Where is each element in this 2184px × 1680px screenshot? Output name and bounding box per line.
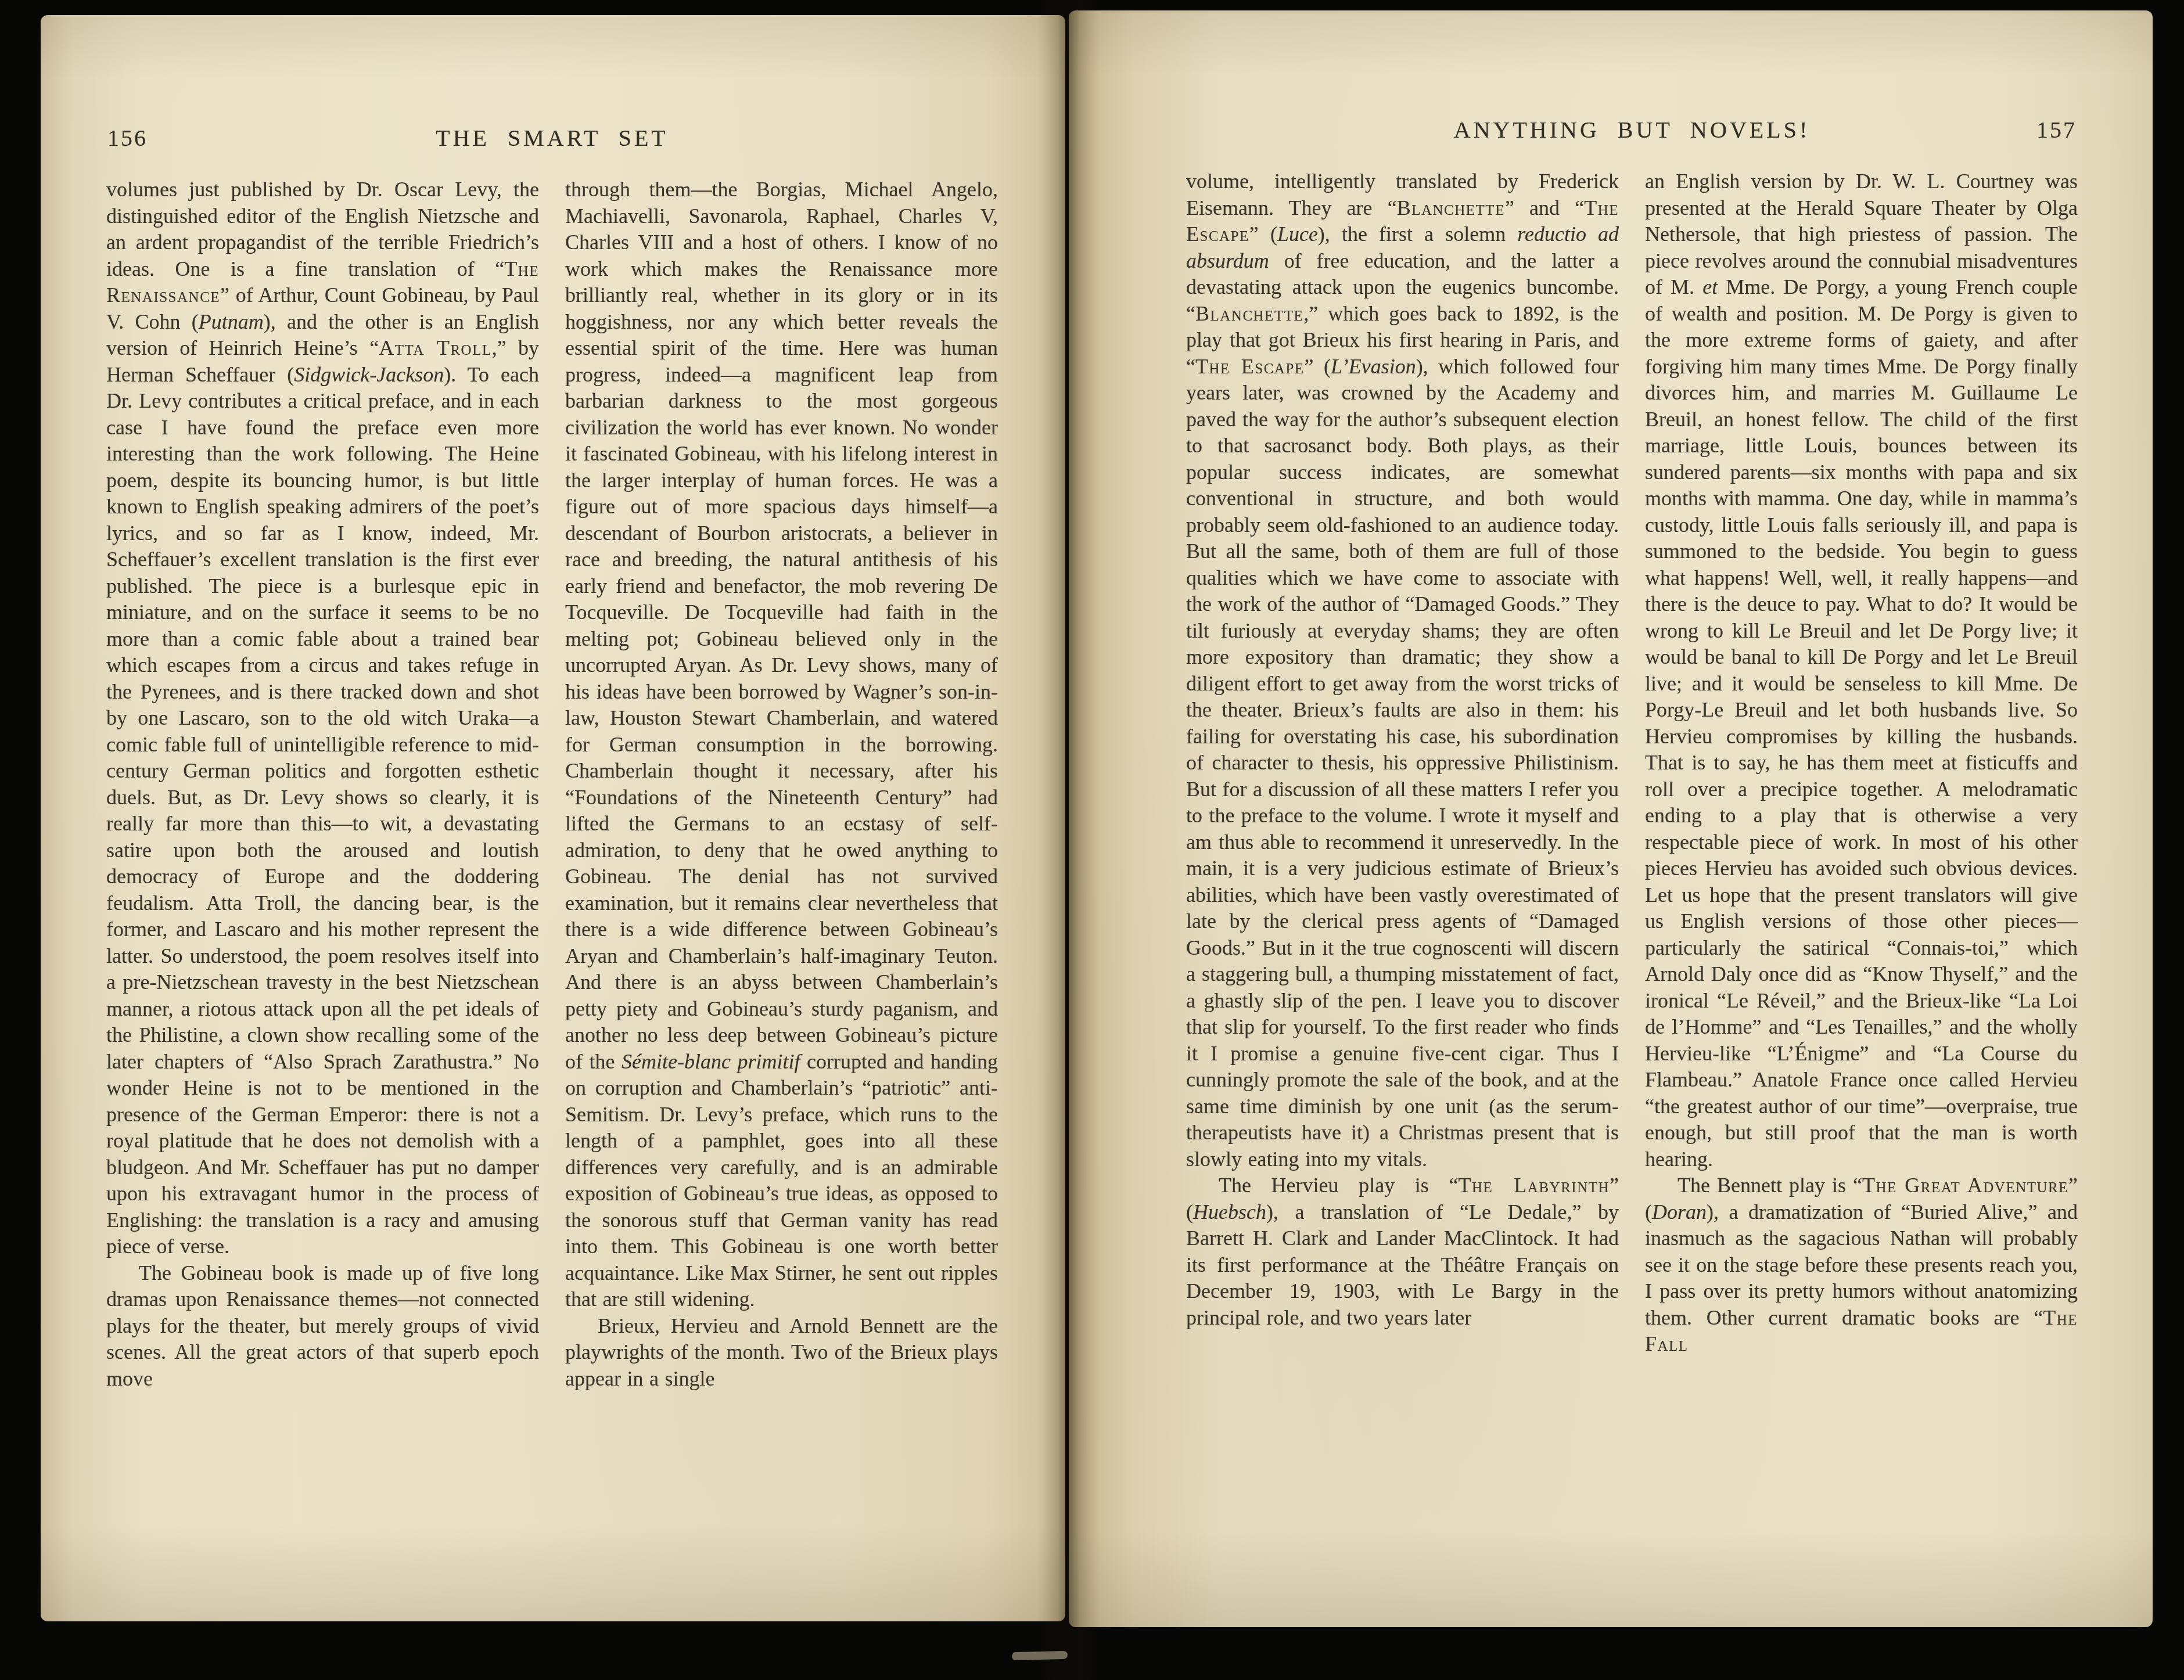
paragraph: volumes just published by Dr. Oscar Levy… xyxy=(106,177,539,1260)
page-number-right: 157 xyxy=(2036,116,2077,144)
paragraph: volume, intelligently translated by Fred… xyxy=(1186,168,1619,1172)
paragraph: The Gobineau book is made up of five lon… xyxy=(106,1260,539,1393)
text-block-left: volumes just published by Dr. Oscar Levy… xyxy=(106,177,998,1570)
paragraph: Brieux, Hervieu and Arnold Bennett are t… xyxy=(565,1313,998,1393)
right-page-column-1: volume, intelligently translated by Fred… xyxy=(1186,168,1619,1562)
scanned-book-spread: { "left_page": { "page_number": "156", "… xyxy=(0,0,2184,1680)
text-block-right: volume, intelligently translated by Fred… xyxy=(1186,168,2078,1562)
running-head-row-left: 156 THE SMART SET xyxy=(106,124,998,152)
right-page-column-2: an English version by Dr. W. L. Courtney… xyxy=(1645,168,2078,1562)
page-left: 156 THE SMART SET volumes just published… xyxy=(41,15,1065,1621)
running-head-row-right: ANYTHING BUT NOVELS! 157 xyxy=(1186,116,2078,144)
paragraph: through them—the Borgias, Michael Angelo… xyxy=(565,177,998,1313)
running-head-right: ANYTHING BUT NOVELS! xyxy=(1186,116,2078,144)
page-edge-mark xyxy=(1012,1651,1068,1661)
running-head-left: THE SMART SET xyxy=(106,124,998,152)
paragraph: The Hervieu play is “The Labyrinth” (Hue… xyxy=(1186,1172,1619,1331)
left-page-column-1: volumes just published by Dr. Oscar Levy… xyxy=(106,177,539,1570)
book-spread: 156 THE SMART SET volumes just published… xyxy=(0,0,2184,1680)
paragraph: an English version by Dr. W. L. Courtney… xyxy=(1645,168,2078,1172)
left-page-column-2: through them—the Borgias, Michael Angelo… xyxy=(565,177,998,1570)
paragraph: The Bennett play is “The Great Adventure… xyxy=(1645,1172,2078,1358)
page-right: ANYTHING BUT NOVELS! 157 volume, intelli… xyxy=(1069,10,2153,1627)
